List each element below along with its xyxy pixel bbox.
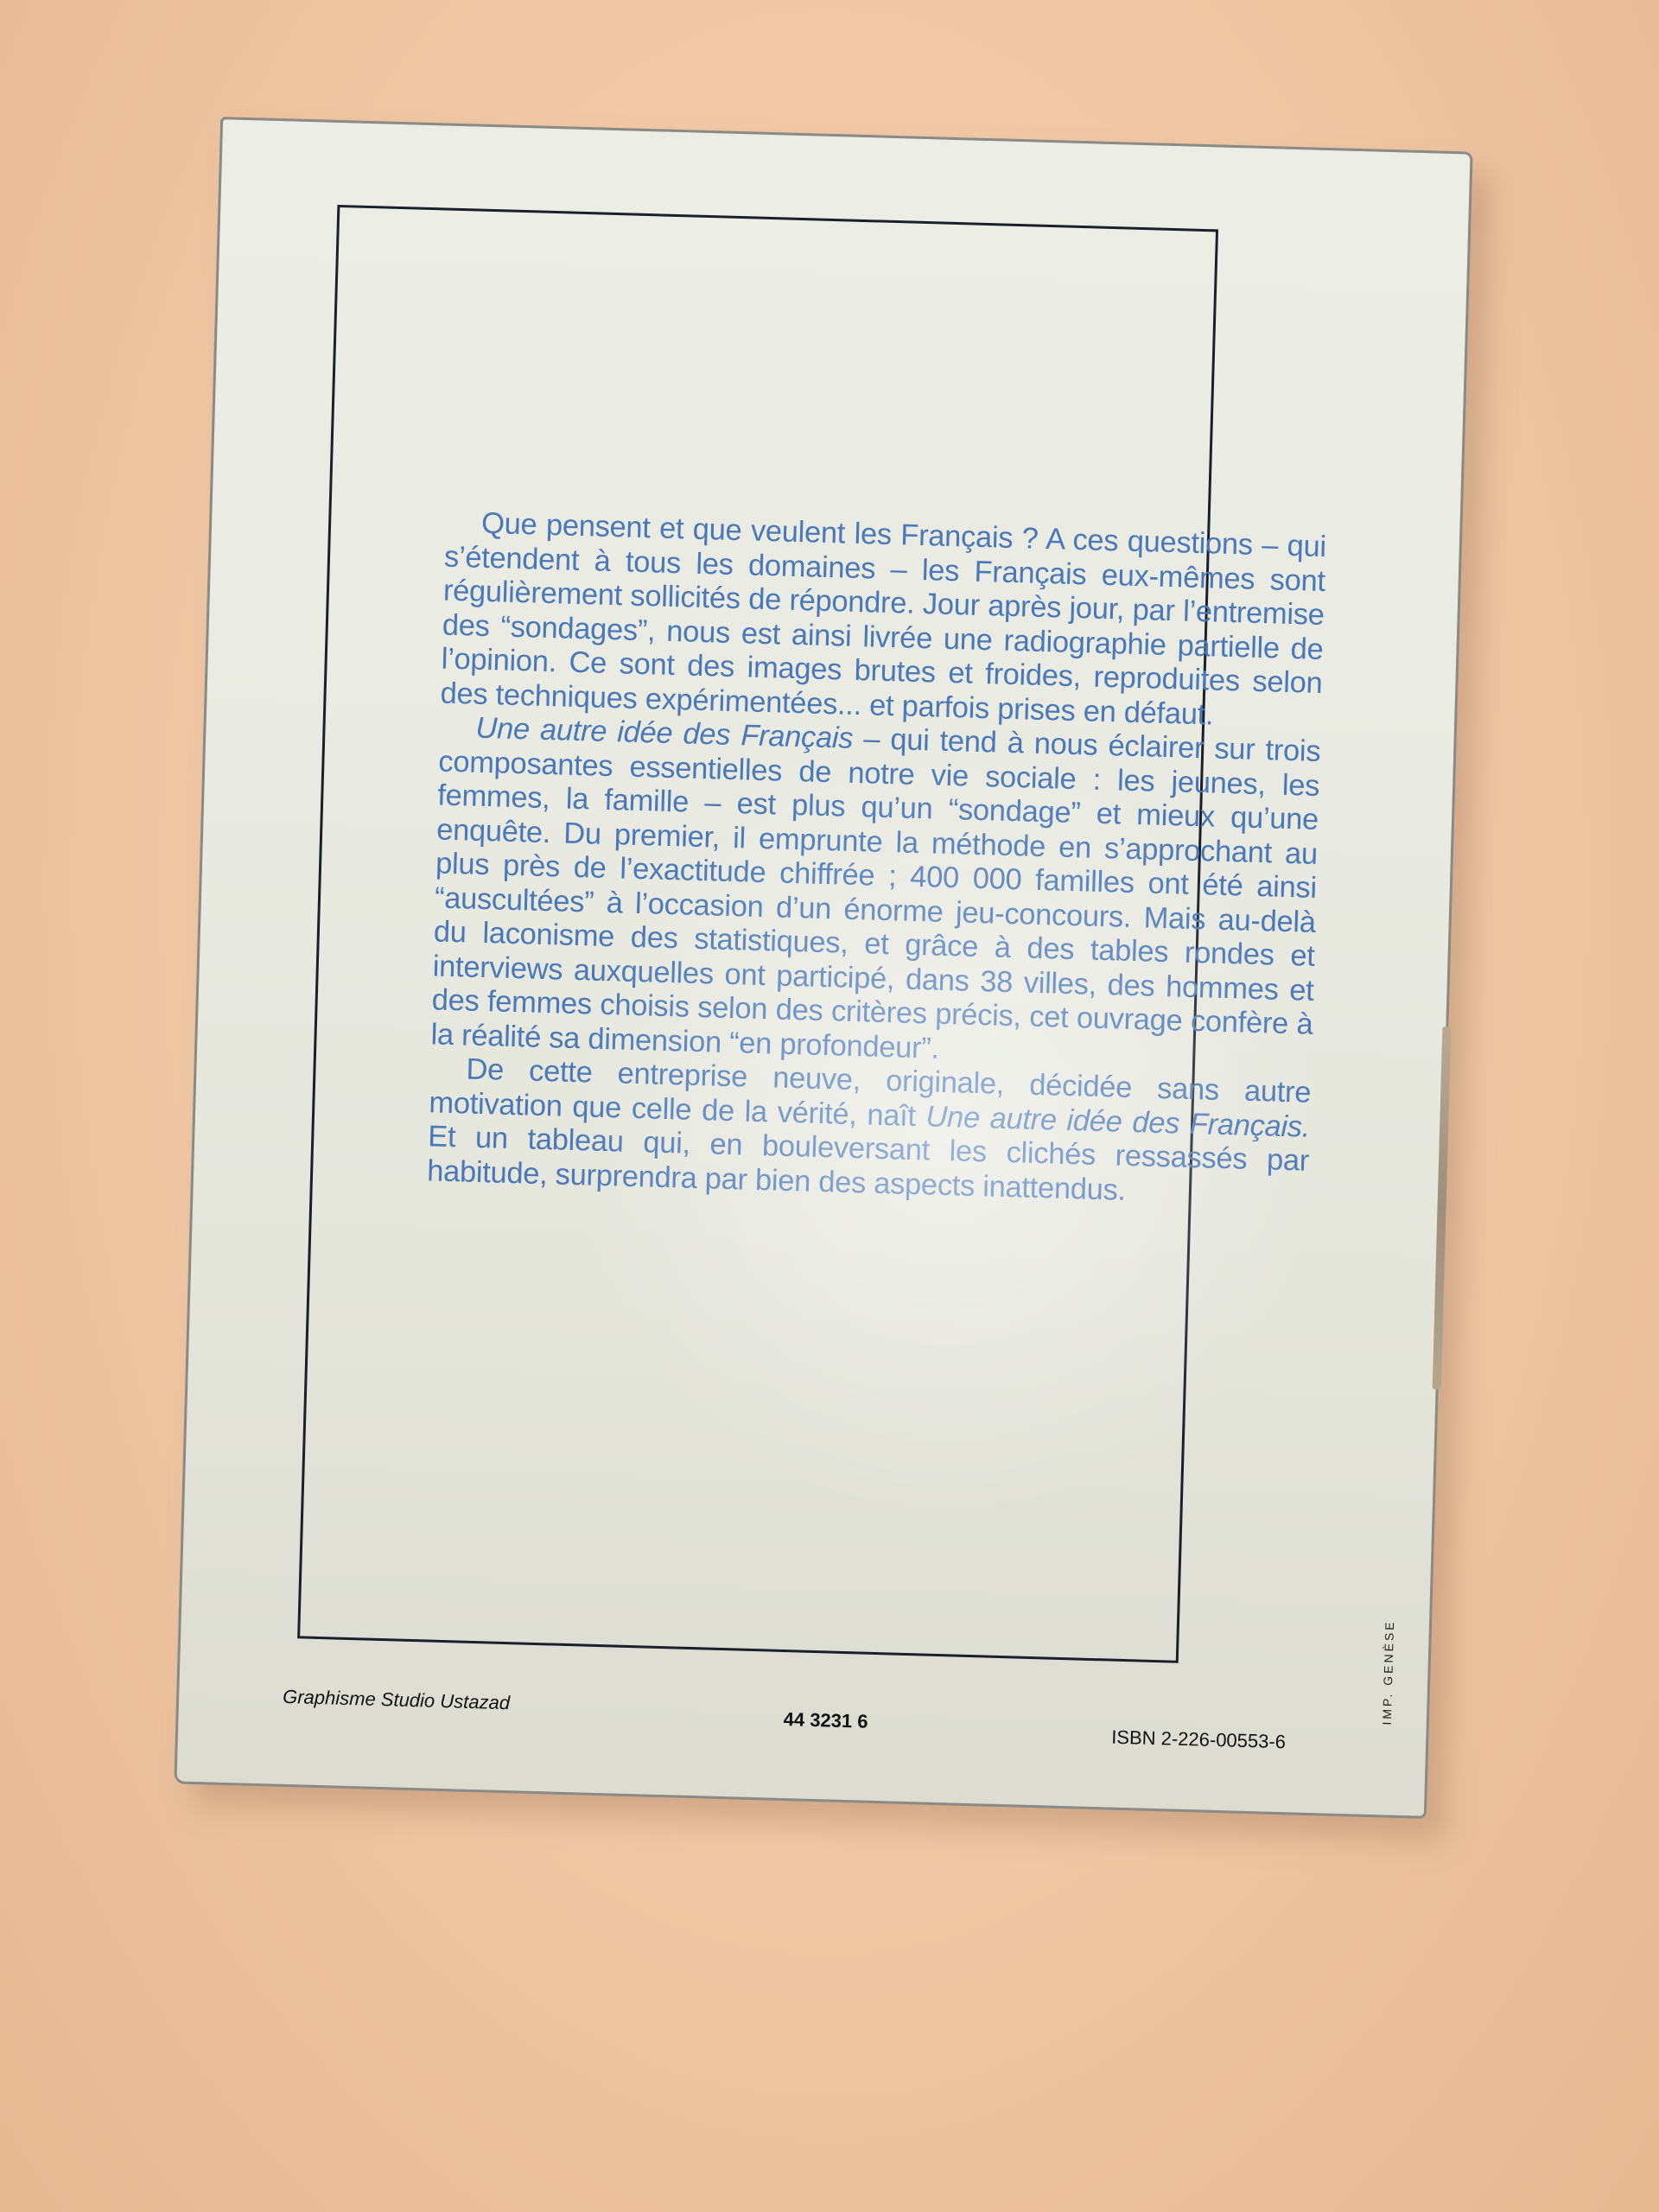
design-credit: Graphisme Studio Ustazad bbox=[283, 1686, 511, 1714]
blurb-segment: Que pensent et que veulent les Français … bbox=[440, 507, 1326, 731]
blurb-text: Que pensent et que veulent les Français … bbox=[427, 506, 1327, 1213]
cover-footer: Graphisme Studio Ustazad 44 3231 6 ISBN … bbox=[178, 1683, 1427, 1770]
blurb-segment: – qui tend à nous éclairer sur trois com… bbox=[430, 722, 1321, 1065]
isbn: ISBN 2-226-00553-6 bbox=[1111, 1726, 1286, 1754]
book-back-cover: Que pensent et que veulent les Français … bbox=[174, 117, 1472, 1819]
catalog-code: 44 3231 6 bbox=[783, 1708, 868, 1733]
blurb-paragraph-1: Que pensent et que veulent les Français … bbox=[440, 506, 1326, 735]
blurb-paragraph-2: Une autre idée des Français – qui tend à… bbox=[430, 710, 1321, 1076]
printer-mark: IMP. GENÈSE bbox=[1380, 1619, 1396, 1726]
blurb-paragraph-3: De cette entreprise neuve, originale, dé… bbox=[427, 1052, 1312, 1212]
